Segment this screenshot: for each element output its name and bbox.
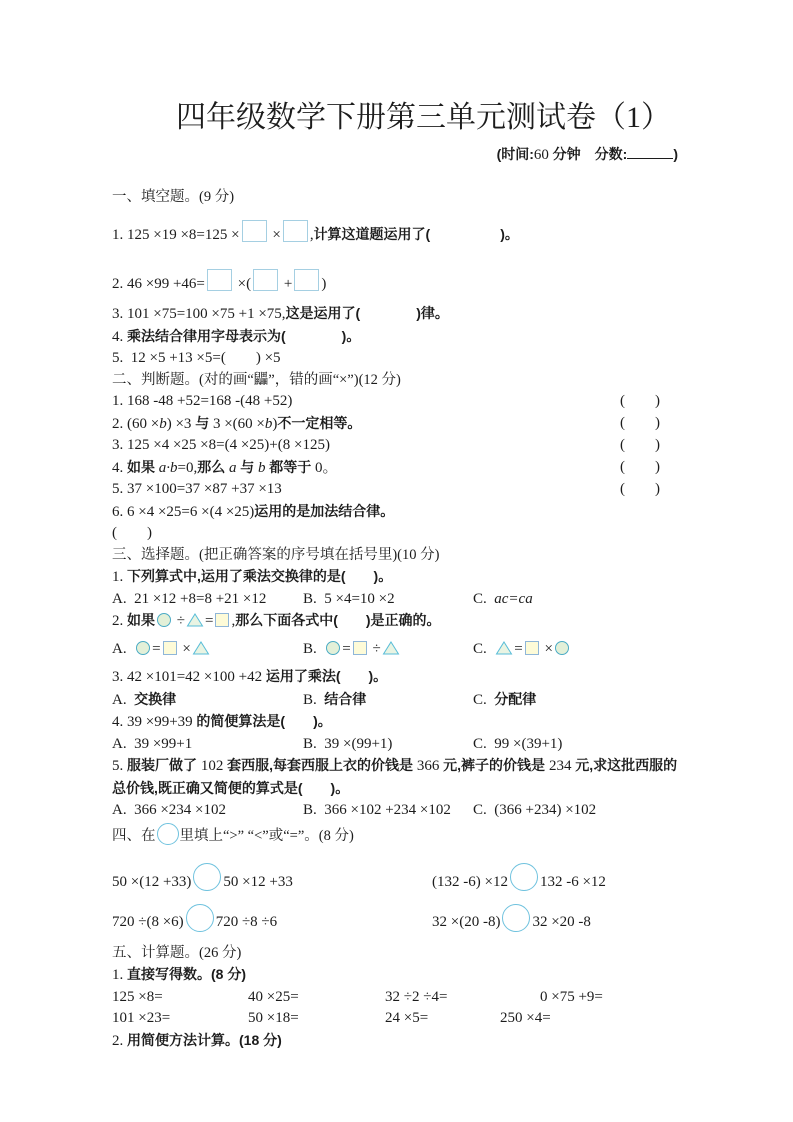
text-run: 3 ×(60 × <box>209 416 265 432</box>
choice-question-5-line1: 5. 服装厂做了 102 套西服,每套西服上衣的价钱是 366 元,裤子的价钱是… <box>112 755 680 778</box>
text-run: 都等于 <box>269 459 311 475</box>
judge-item-2: 2. (60 ×b) ×3 与 3 ×(60 ×b)不一定相等。 ( ) <box>112 413 680 436</box>
text-run: 5. 37 ×100=37 ×87 +37 ×13 <box>112 481 282 497</box>
text-run: 32 ×20 -8 <box>532 914 590 930</box>
text-run: 四、在 <box>112 828 156 844</box>
fill-question-5: 5. 12 ×5 +13 ×5=( ) ×5 <box>112 348 680 370</box>
text-run: 那么下面各式中( )是正确的。 <box>235 612 440 628</box>
text-run: C. <box>473 591 494 607</box>
text-run: 的简便算法是( )。 <box>196 713 331 729</box>
text-run: 运用了乘法( )。 <box>266 668 387 684</box>
text-run: C. <box>473 641 494 657</box>
text-run: 乘法结合律用字母表示为( )。 <box>127 328 360 344</box>
worksheet-title: 四年级数学下册第三单元测试卷（1） <box>112 98 680 138</box>
text-run: 366 <box>417 758 443 774</box>
text-run: 下列算式中,运用了乘法交换律的是( )。 <box>127 568 392 584</box>
triangle-icon <box>192 640 210 656</box>
judge-item-1: 1. 168 -48 +52=168 -(48 +52) ( ) <box>112 391 680 413</box>
text-run: A. 21 ×12 +8=8 +21 ×12 <box>112 591 266 607</box>
square-icon <box>524 640 540 656</box>
option-a: A. 交换律 <box>112 689 303 712</box>
answer-bracket: ( ) <box>112 525 152 541</box>
text-run: 分配律 <box>494 691 536 707</box>
judge-item-6-bracket: ( ) <box>112 523 680 545</box>
text-run: ) <box>673 146 678 162</box>
fill-question-2: 2. 46 ×99 +46= ×( +) <box>112 269 680 296</box>
judge-item-text: 2. (60 ×b) ×3 与 3 ×(60 ×b)不一定相等。 <box>112 413 361 436</box>
calc-row-2: 101 ×23= 50 ×18= 24 ×5= 250 ×4= <box>112 1008 680 1030</box>
choice-question-2: 2. 如果 ÷=,那么下面各式中( )是正确的。 <box>112 610 680 633</box>
text-run: ) <box>321 276 326 292</box>
text-run: 用简便方法计算。(18 分) <box>127 1032 282 1048</box>
text-run: = <box>342 641 350 657</box>
text-run: C. (366 +234) ×102 <box>473 802 596 818</box>
text-run: 服装厂做了 <box>127 757 201 773</box>
text-run: + <box>280 276 292 292</box>
text-run: 60 <box>534 147 553 163</box>
triangle-icon <box>382 640 400 656</box>
option-a: A. 366 ×234 ×102 <box>112 800 303 822</box>
text-run: 与 <box>240 459 254 475</box>
text-run: B. <box>303 692 324 708</box>
option-c: C. (366 +234) ×102 <box>473 800 680 822</box>
blank-box <box>283 220 308 242</box>
section-fill-in-header: 一、填空题。(9 分) <box>112 187 680 209</box>
text-run: 720 ÷(8 ×6) <box>112 914 184 930</box>
square-icon <box>352 640 368 656</box>
circle-icon <box>156 612 172 628</box>
judge-item-text: 5. 37 ×100=37 ×87 +37 ×13 <box>112 479 282 501</box>
time-score-line: (时间:60 分钟 分数:) <box>112 144 680 167</box>
choice-question-5-line2: 总价钱,既正确又简便的算式是( )。 <box>112 778 680 801</box>
judge-item-6: 6. 6 ×4 ×25=6 ×(4 ×25)运用的是加法结合律。 <box>112 501 680 524</box>
triangle-icon <box>186 612 204 628</box>
text-run: b <box>254 460 269 476</box>
text-run: ÷ <box>173 613 185 629</box>
text-run: 5. 12 ×5 +13 ×5=( ) ×5 <box>112 350 281 366</box>
text-run: =0, <box>178 460 198 476</box>
text-run: 不一定相等。 <box>277 415 361 431</box>
blank-box <box>253 269 278 291</box>
text-run: × <box>269 227 281 243</box>
choice-options-5: A. 366 ×234 ×102 B. 366 ×102 +234 ×102 C… <box>112 800 680 822</box>
text-run: 0。 <box>311 460 337 476</box>
compare-item: 50 ×(12 +33)50 ×12 +33 <box>112 868 432 897</box>
text-run: B. <box>303 641 324 657</box>
judge-item-3: 3. 125 ×4 ×25 ×8=(4 ×25)+(8 ×125) ( ) <box>112 435 680 457</box>
compare-item: 32 ×(20 -8)32 ×20 -8 <box>432 908 680 937</box>
text-run: 720 ÷8 ÷6 <box>216 914 277 930</box>
text-run: 分钟 分数: <box>553 146 628 162</box>
text-run: 如果 <box>127 459 155 475</box>
option-a: A. 39 ×99+1 <box>112 734 303 756</box>
answer-bracket: ( ) <box>620 457 660 480</box>
comparison-circle <box>502 904 530 932</box>
text-run: A. <box>112 692 134 708</box>
answer-bracket: ( ) <box>620 479 660 501</box>
text-run: A. 366 ×234 ×102 <box>112 802 226 818</box>
text-run: 这是运用了( )律。 <box>286 305 449 321</box>
text-run: A. <box>112 641 134 657</box>
comparison-circle <box>186 904 214 932</box>
text-run: (时间: <box>497 146 534 162</box>
text-run: 4. 39 ×99+39 <box>112 714 196 730</box>
worksheet-page: 四年级数学下册第三单元测试卷（1） (时间:60 分钟 分数:) 一、填空题。(… <box>0 0 793 1122</box>
calc-sub-1: 1. 直接写得数。(8 分) <box>112 964 680 987</box>
blank-box <box>207 269 232 291</box>
text-run: A. 39 ×99+1 <box>112 736 192 752</box>
text-run: 3. 125 ×4 ×25 ×8=(4 ×25)+(8 ×125) <box>112 437 330 453</box>
calc-item: 101 ×23= <box>112 1008 248 1030</box>
judge-item-4: 4. 如果 a·b=0,那么 a 与 b 都等于 0。 ( ) <box>112 457 680 480</box>
circle-icon <box>554 640 570 656</box>
text-run: 3. 42 ×101=42 ×100 +42 <box>112 669 266 685</box>
calc-item: 50 ×18= <box>248 1008 385 1030</box>
score-blank <box>627 145 673 159</box>
text-run: 102 <box>201 758 227 774</box>
comparison-circle <box>157 823 179 845</box>
section-judge-header: 二、判断题。(对的画“鼺”，错的画“×”)(12 分) <box>112 370 680 392</box>
text-run: 1. 125 ×19 ×8=125 × <box>112 227 240 243</box>
text-run: 结合律 <box>324 691 366 707</box>
text-run: 5. <box>112 758 127 774</box>
text-run: 如果 <box>127 612 155 628</box>
text-run: = <box>205 613 213 629</box>
text-run: 交换律 <box>134 691 176 707</box>
blank-box <box>294 269 319 291</box>
calc-item: 32 ÷2 ÷4= <box>385 987 540 1009</box>
text-run: C. <box>473 692 494 708</box>
text-run: 里填上“>” “<”或“=”。(8 分) <box>180 828 354 844</box>
text-run: = <box>152 641 160 657</box>
text-run: 6. 6 ×4 ×25=6 ×(4 ×25) <box>112 504 254 520</box>
text-run: (132 -6) ×12 <box>432 874 508 890</box>
option-b: B. 结合律 <box>303 689 473 712</box>
calc-item: 24 ×5= <box>385 1008 500 1030</box>
judge-item-text: 1. 168 -48 +52=168 -(48 +52) <box>112 391 292 413</box>
comparison-circle <box>510 863 538 891</box>
text-run: 套西服,每套西服上衣的价钱是 <box>227 757 417 773</box>
section-choice-header: 三、选择题。(把正确答案的序号填在括号里)(10 分) <box>112 545 680 567</box>
text-run: 2. <box>112 1033 127 1049</box>
fill-question-3: 3. 101 ×75=100 ×75 +1 ×75,这是运用了( )律。 <box>112 303 680 326</box>
choice-options-1: A. 21 ×12 +8=8 +21 ×12 B. 5 ×4=10 ×2 C. … <box>112 589 680 611</box>
text-run: 2. <box>112 613 127 629</box>
text-run: 总价钱,既正确又简便的算式是( )。 <box>112 780 349 796</box>
text-run: 元,求这批西服的 <box>575 757 677 773</box>
choice-options-4: A. 39 ×99+1 B. 39 ×(99+1) C. 99 ×(39+1) <box>112 734 680 756</box>
calc-row-1: 125 ×8= 40 ×25= 32 ÷2 ÷4= 0 ×75 +9= <box>112 987 680 1009</box>
text-run: 32 ×(20 -8) <box>432 914 500 930</box>
text-run: ×( <box>234 276 251 292</box>
text-run: 2. 46 ×99 +46= <box>112 276 205 292</box>
choice-question-3: 3. 42 ×101=42 ×100 +42 运用了乘法( )。 <box>112 666 680 689</box>
text-run: 1. 168 -48 +52=168 -(48 +52) <box>112 393 292 409</box>
answer-bracket: ( ) <box>620 391 660 413</box>
circle-icon <box>325 640 341 656</box>
text-run: b <box>159 416 167 432</box>
text-run: 1. <box>112 569 127 585</box>
text-run: 50 ×(12 +33) <box>112 874 191 890</box>
text-run: 运用的是加法结合律。 <box>254 503 394 519</box>
option-c: C. = × <box>473 639 680 661</box>
option-b: B. 366 ×102 +234 ×102 <box>303 800 473 822</box>
judge-item-5: 5. 37 ×100=37 ×87 +37 ×13 ( ) <box>112 479 680 501</box>
text-run: = <box>514 641 522 657</box>
judge-item-text: 3. 125 ×4 ×25 ×8=(4 ×25)+(8 ×125) <box>112 435 330 457</box>
calc-sub-2: 2. 用简便方法计算。(18 分) <box>112 1030 680 1053</box>
text-run: × <box>541 641 553 657</box>
circle-icon <box>135 640 151 656</box>
text-run: ac=ca <box>494 591 532 607</box>
text-run: 元,裤子的价钱是 <box>443 757 549 773</box>
compare-item: 720 ÷(8 ×6)720 ÷8 ÷6 <box>112 908 432 937</box>
text-run: 132 -6 ×12 <box>540 874 606 890</box>
text-run: 50 ×12 +33 <box>223 874 292 890</box>
section-calc-header: 五、计算题。(26 分) <box>112 943 680 965</box>
option-a: A. = × <box>112 639 303 661</box>
judge-item-text: 4. 如果 a·b=0,那么 a 与 b 都等于 0。 <box>112 457 337 480</box>
text-run: C. 99 ×(39+1) <box>473 736 562 752</box>
text-run: 3. 101 ×75=100 ×75 +1 ×75, <box>112 306 286 322</box>
text-run: × <box>179 641 191 657</box>
option-c: C. 分配律 <box>473 689 680 712</box>
choice-options-2: A. = × B. = ÷ C. = × <box>112 639 680 661</box>
calc-item: 40 ×25= <box>248 987 385 1009</box>
answer-bracket: ( ) <box>620 435 660 457</box>
option-c: C. ac=ca <box>473 589 680 611</box>
compare-row-2: 720 ÷(8 ×6)720 ÷8 ÷6 32 ×(20 -8)32 ×20 -… <box>112 908 680 937</box>
compare-row-1: 50 ×(12 +33)50 ×12 +33 (132 -6) ×12132 -… <box>112 868 680 897</box>
text-run: 那么 <box>197 459 225 475</box>
square-icon <box>162 640 178 656</box>
answer-bracket: ( ) <box>620 413 660 436</box>
square-icon <box>214 612 230 628</box>
calc-item: 250 ×4= <box>500 1008 551 1030</box>
calc-item: 0 ×75 +9= <box>540 987 603 1009</box>
compare-item: (132 -6) ×12132 -6 ×12 <box>432 868 680 897</box>
choice-question-4: 4. 39 ×99+39 的简便算法是( )。 <box>112 711 680 734</box>
choice-question-1: 1. 下列算式中,运用了乘法交换律的是( )。 <box>112 566 680 589</box>
option-a: A. 21 ×12 +8=8 +21 ×12 <box>112 589 303 611</box>
comparison-circle <box>193 863 221 891</box>
option-b: B. 39 ×(99+1) <box>303 734 473 756</box>
fill-question-1: 1. 125 ×19 ×8=125 × ×,计算这道题运用了( )。 <box>112 220 680 247</box>
text-run: ÷ <box>369 641 381 657</box>
calc-item: 125 ×8= <box>112 987 248 1009</box>
option-b: B. 5 ×4=10 ×2 <box>303 589 473 611</box>
text-run: 直接写得数。(8 分) <box>127 966 246 982</box>
fill-question-4: 4. 乘法结合律用字母表示为( )。 <box>112 326 680 349</box>
text-run: B. 5 ×4=10 ×2 <box>303 591 395 607</box>
triangle-icon <box>495 640 513 656</box>
text-run: 与 <box>195 415 209 431</box>
blank-box <box>242 220 267 242</box>
section-compare-header: 四、在里填上“>” “<”或“=”。(8 分) <box>112 824 680 848</box>
text-run: 4. <box>112 329 127 345</box>
text-run: B. 366 ×102 +234 ×102 <box>303 802 451 818</box>
option-b: B. = ÷ <box>303 639 473 661</box>
text-run: ) ×3 <box>167 416 195 432</box>
text-run: 1. <box>112 967 127 983</box>
text-run: B. 39 ×(99+1) <box>303 736 392 752</box>
text-run: 4. <box>112 460 127 476</box>
text-run: a <box>225 460 240 476</box>
text-run: a·b <box>155 460 178 476</box>
text-run: 2. (60 × <box>112 416 159 432</box>
option-c: C. 99 ×(39+1) <box>473 734 680 756</box>
choice-options-3: A. 交换律 B. 结合律 C. 分配律 <box>112 689 680 712</box>
text-run: 234 <box>549 758 575 774</box>
text-run: 计算这道题运用了( )。 <box>314 226 519 242</box>
